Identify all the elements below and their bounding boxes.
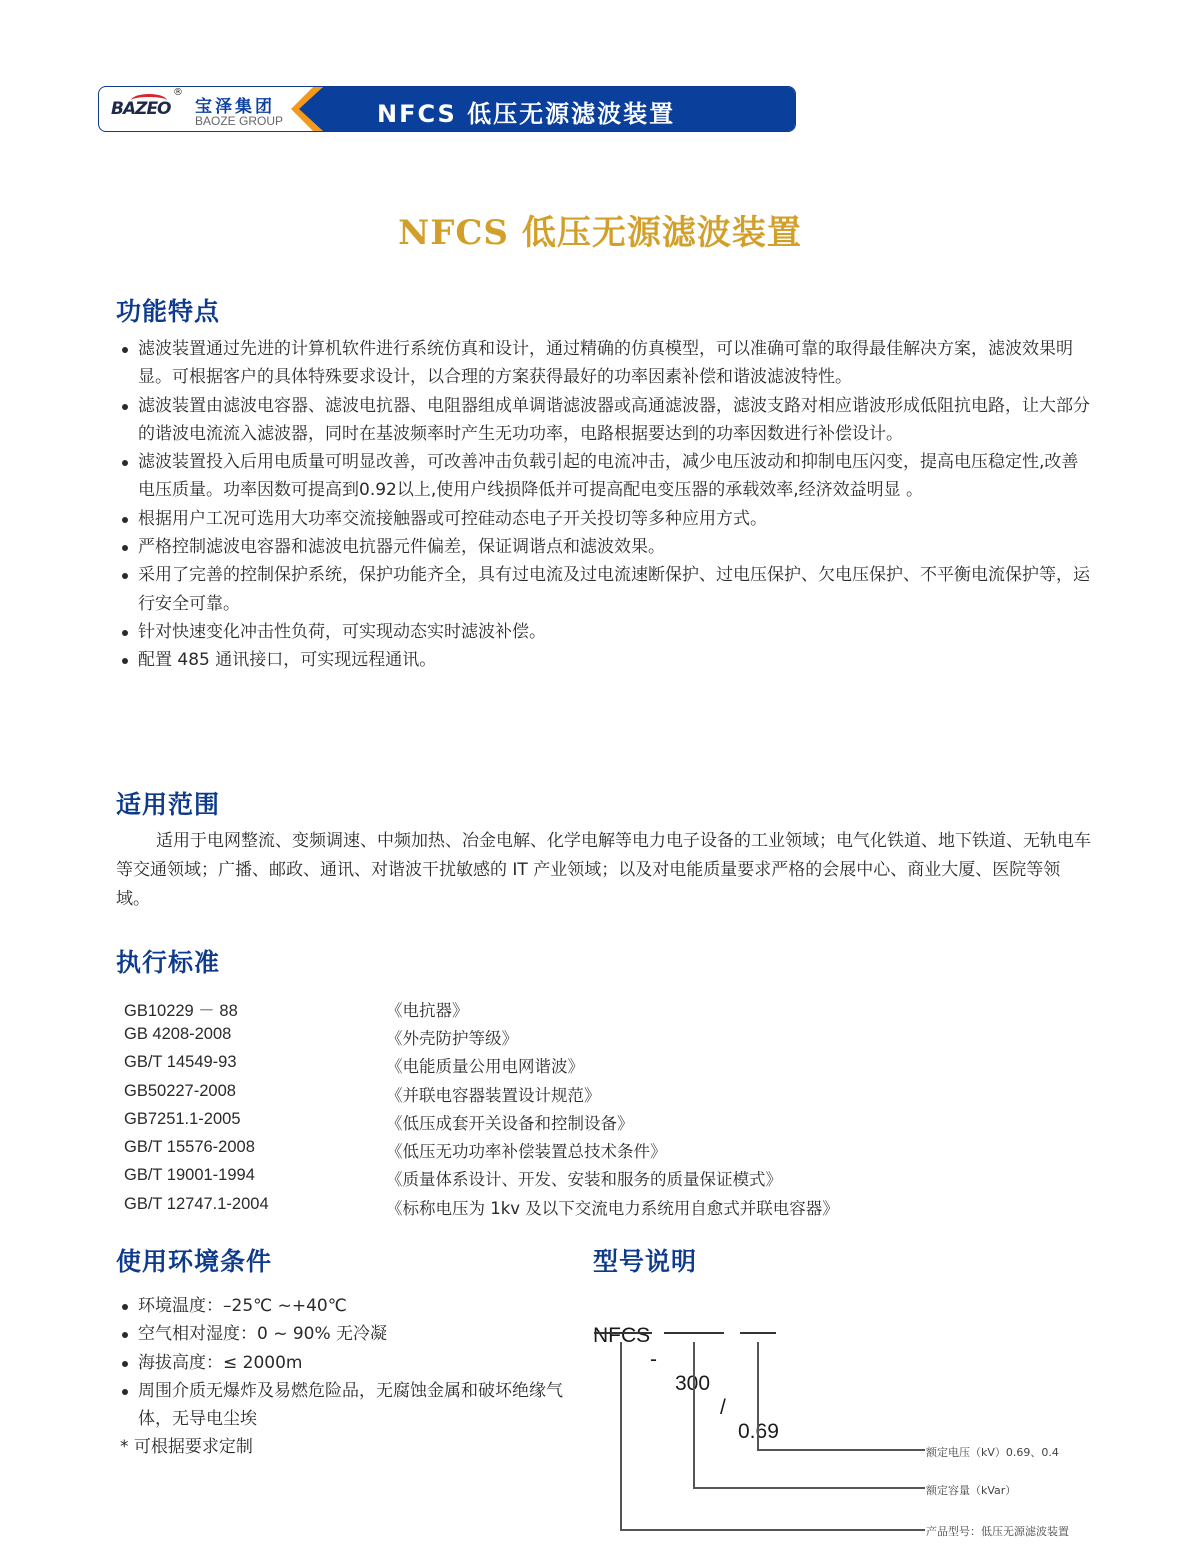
- feature-item: 根据用户工况可选用大功率交流接触器或可控硅动态电子开关投切等多种应用方式。: [120, 505, 1090, 533]
- underline-voltage: [740, 1332, 776, 1334]
- standard-code: GB10229 － 88: [124, 997, 384, 1021]
- label-rated-capacity: 额定容量（kVar）: [926, 1482, 1016, 1498]
- standard-name: 《外壳防护等级》: [386, 1025, 518, 1049]
- standards-heading: 执行标准: [116, 943, 220, 979]
- standard-code: GB/T 12747.1-2004: [124, 1195, 384, 1214]
- connector-product-horizontal: [620, 1529, 925, 1531]
- connector-capacity-vertical: [693, 1342, 695, 1488]
- model-code: NFCS - 300 / 0.69: [593, 1300, 605, 1444]
- environment-item: 海拔高度：≤ 2000m: [120, 1349, 580, 1377]
- model-code-series: NFCS: [593, 1324, 650, 1348]
- feature-item: 滤波装置投入后用电质量可明显改善，可改善冲击负载引起的电流冲击，减少电压波动和抑…: [120, 448, 1090, 505]
- environment-heading: 使用环境条件: [116, 1242, 272, 1278]
- underline-series: [594, 1332, 652, 1334]
- environment-list: 环境温度：–25℃ ~+40℃ 空气相对湿度：0 ~ 90% 无冷凝 海拔高度：…: [120, 1292, 580, 1462]
- standard-code: GB/T 14549-93: [124, 1053, 384, 1072]
- environment-item: 空气相对湿度：0 ~ 90% 无冷凝: [120, 1320, 580, 1348]
- header-banner: BAZEO ® 宝泽集团 BAOZE GROUP NFCS 低压无源滤波装置: [98, 86, 796, 132]
- label-rated-voltage: 额定电压（kV）0.69、0.4: [926, 1444, 1059, 1460]
- standard-code: GB7251.1-2005: [124, 1110, 384, 1129]
- connector-product-vertical: [620, 1342, 622, 1530]
- banner-title: NFCS 低压无源滤波装置: [377, 94, 675, 129]
- scope-heading: 适用范围: [116, 785, 220, 821]
- standard-name: 《电抗器》: [386, 997, 469, 1021]
- feature-item: 配置 485 通讯接口，可实现远程通讯。: [120, 646, 1090, 674]
- page-title: NFCS 低压无源滤波装置: [0, 205, 1200, 254]
- logo-swoosh-icon: [131, 94, 167, 107]
- standard-code: GB/T 15576-2008: [124, 1138, 384, 1157]
- standard-code: GB 4208-2008: [124, 1025, 384, 1044]
- standard-name: 《标称电压为 1kv 及以下交流电力系统用自愈式并联电容器》: [386, 1195, 839, 1219]
- connector-voltage-vertical: [757, 1342, 759, 1450]
- standard-name: 《低压成套开关设备和控制设备》: [386, 1110, 634, 1134]
- connector-capacity-horizontal: [693, 1487, 925, 1489]
- company-logo-icon: BAZEO: [111, 99, 171, 119]
- underline-capacity: [664, 1332, 724, 1334]
- environment-item: 环境温度：–25℃ ~+40℃: [120, 1292, 580, 1320]
- model-code-slash: /: [720, 1396, 726, 1420]
- environment-item: 周围介质无爆炸及易燃危险品，无腐蚀金属和破坏绝缘气体，无导电尘埃: [120, 1377, 580, 1434]
- standard-name: 《电能质量公用电网谐波》: [386, 1053, 584, 1077]
- company-name-en: BAOZE GROUP: [195, 114, 283, 128]
- feature-item: 采用了完善的控制保护系统，保护功能齐全，具有过电流及过电流速断保护、过电压保护、…: [120, 561, 1090, 618]
- label-product-model: 产品型号：低压无源滤波装置: [926, 1523, 1069, 1539]
- standard-name: 《低压无功功率补偿装置总技术条件》: [386, 1138, 667, 1162]
- model-heading: 型号说明: [593, 1242, 697, 1278]
- environment-note: * 可根据要求定制: [120, 1433, 580, 1461]
- standard-code: GB/T 19001-1994: [124, 1166, 384, 1185]
- feature-item: 滤波装置由滤波电容器、滤波电抗器、电阻器组成单调谐滤波器或高通滤波器，滤波支路对…: [120, 392, 1090, 449]
- scope-text: 适用于电网整流、变频调速、中频加热、冶金电解、化学电解等电力电子设备的工业领域；…: [116, 827, 1091, 914]
- standard-code: GB50227-2008: [124, 1082, 384, 1101]
- standard-name: 《质量体系设计、开发、安装和服务的质量保证模式》: [386, 1166, 782, 1190]
- connector-voltage-horizontal: [757, 1449, 925, 1451]
- feature-item: 严格控制滤波电容器和滤波电抗器元件偏差，保证调谐点和滤波效果。: [120, 533, 1090, 561]
- model-code-dash: -: [650, 1348, 657, 1372]
- features-list: 滤波装置通过先进的计算机软件进行系统仿真和设计，通过精确的仿真模型，可以准确可靠…: [120, 335, 1090, 675]
- feature-item: 滤波装置通过先进的计算机软件进行系统仿真和设计，通过精确的仿真模型，可以准确可靠…: [120, 335, 1090, 392]
- registered-mark: ®: [173, 87, 183, 98]
- standard-name: 《并联电容器装置设计规范》: [386, 1082, 601, 1106]
- features-heading: 功能特点: [116, 292, 220, 328]
- feature-item: 针对快速变化冲击性负荷，可实现动态实时滤波补偿。: [120, 618, 1090, 646]
